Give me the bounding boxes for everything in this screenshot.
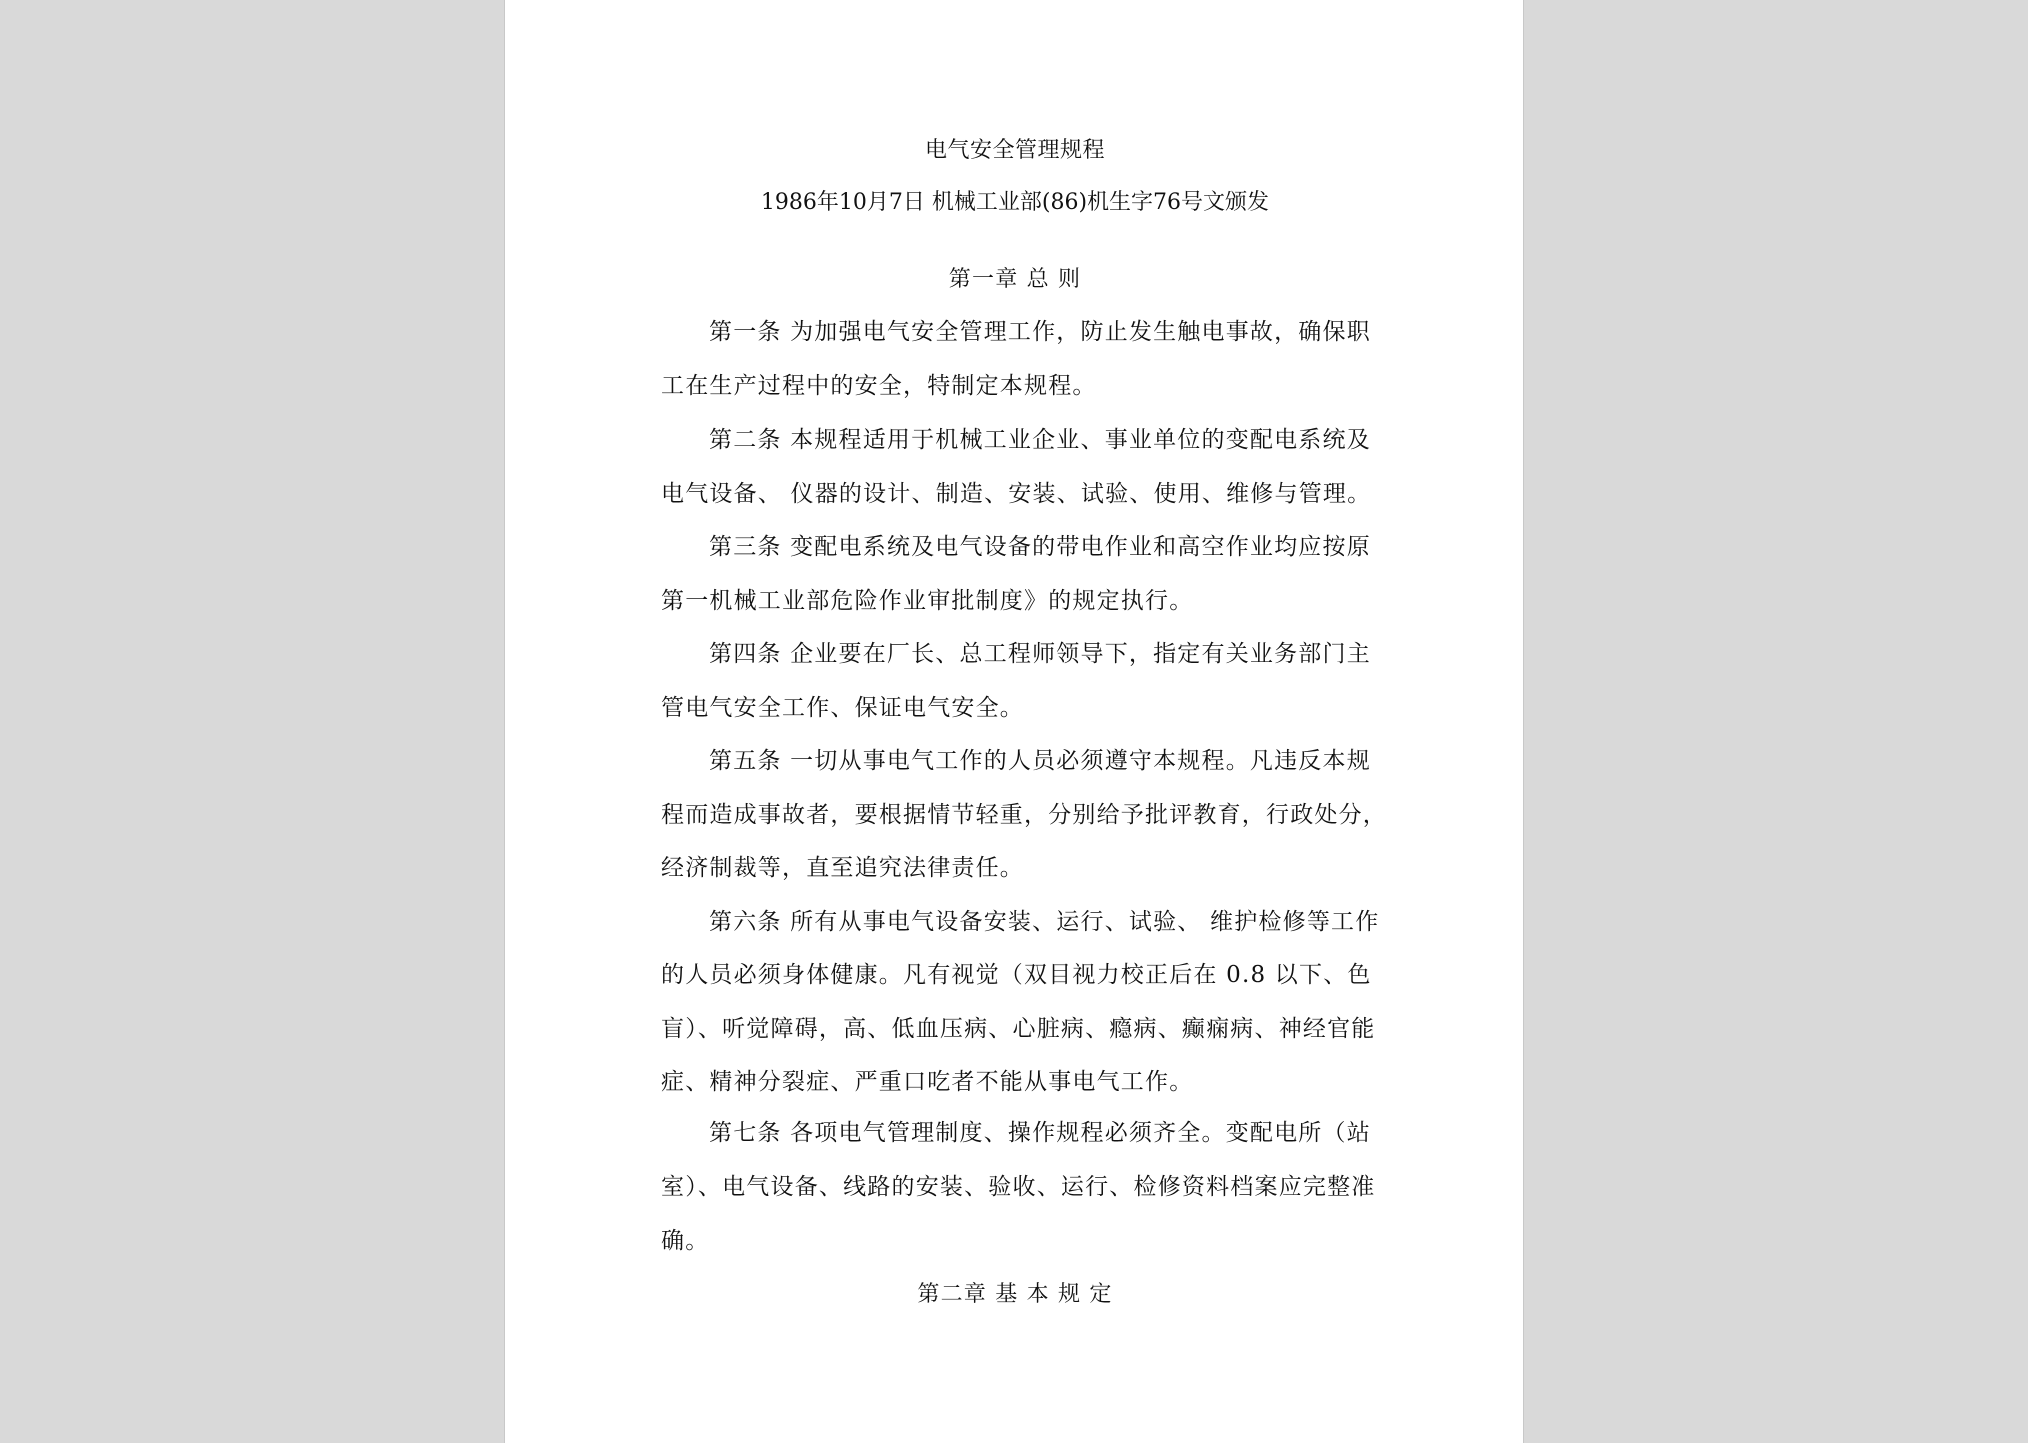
- article-6-line-4: 症、精神分裂症、严重口吃者不能从事电气工作。: [661, 1068, 1373, 1096]
- article-6-line-1: 第六条 所有从事电气设备安装、运行、试验、 维护检修等工作: [709, 908, 1373, 936]
- article-1-line-2: 工在生产过程中的安全，特制定本规程。: [661, 372, 1373, 400]
- article-5-line-3: 经济制裁等，直至追究法律责任。: [661, 854, 1373, 882]
- article-7-line-3: 确。: [661, 1227, 1373, 1255]
- article-3-line-2: 第一机械工业部危险作业审批制度》的规定执行。: [661, 587, 1373, 615]
- chapter-heading-2: 第二章 基 本 规 定: [505, 1281, 1525, 1309]
- article-4-line-1: 第四条 企业要在厂长、总工程师领导下，指定有关业务部门主: [709, 640, 1373, 668]
- article-7-line-1: 第七条 各项电气管理制度、操作规程必须齐全。变配电所（站: [709, 1119, 1373, 1147]
- article-4-line-2: 管电气安全工作、保证电气安全。: [661, 694, 1373, 722]
- article-2-line-1: 第二条 本规程适用于机械工业企业、事业单位的变配电系统及: [709, 426, 1373, 454]
- document-subtitle: 1986年10月7日 机械工业部(86)机生字76号文颁发: [505, 189, 1525, 217]
- document-page: 电气安全管理规程 1986年10月7日 机械工业部(86)机生字76号文颁发 第…: [504, 0, 1524, 1443]
- article-7-line-2: 室）、电气设备、线路的安装、验收、运行、检修资料档案应完整准: [661, 1173, 1373, 1201]
- article-5-line-1: 第五条 一切从事电气工作的人员必须遵守本规程。凡违反本规: [709, 747, 1373, 775]
- article-1-line-1: 第一条 为加强电气安全管理工作，防止发生触电事故，确保职: [709, 318, 1373, 346]
- article-3-line-1: 第三条 变配电系统及电气设备的带电作业和高空作业均应按原: [709, 533, 1373, 561]
- article-6-line-2: 的人员必须身体健康。凡有视觉（双目视力校正后在 0.8 以下、色: [661, 961, 1373, 989]
- chapter-heading-1: 第一章 总 则: [505, 266, 1525, 294]
- document-title: 电气安全管理规程: [505, 137, 1525, 165]
- article-2-line-2: 电气设备、 仪器的设计、制造、安装、试验、使用、维修与管理。: [661, 480, 1373, 508]
- article-5-line-2: 程而造成事故者，要根据情节轻重，分别给予批评教育，行政处分，: [661, 801, 1373, 829]
- article-6-line-3: 盲）、听觉障碍，高、低血压病、心脏病、瘾病、癫痫病、神经官能: [661, 1015, 1373, 1043]
